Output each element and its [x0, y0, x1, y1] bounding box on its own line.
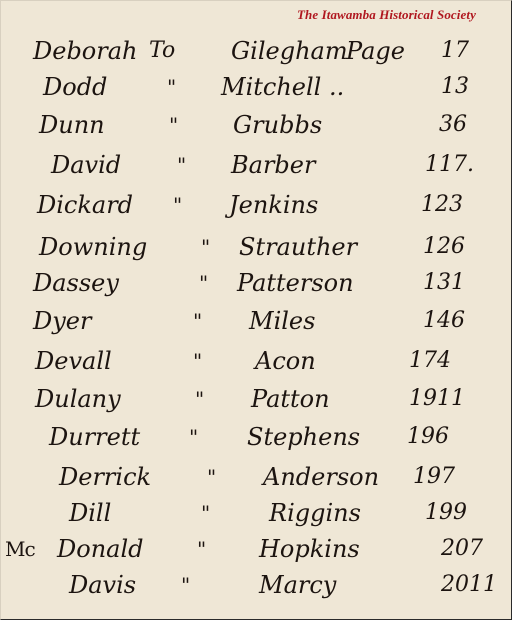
list-item: Dill " Riggins 199 — [1, 493, 511, 533]
page-number: 199 — [425, 493, 467, 533]
ditto-mark: " — [197, 529, 206, 569]
page-number: 126 — [423, 227, 465, 267]
surname: Acon — [255, 341, 316, 381]
surname: Grubbs — [233, 105, 322, 145]
given-name: Dyer — [33, 301, 91, 341]
given-name: Dassey — [33, 263, 119, 303]
given-name: David — [51, 145, 121, 185]
surname: Miles — [249, 301, 315, 341]
list-item: Davis " Marcy 2011 — [1, 565, 511, 605]
list-item: Downing " Strauther 126 — [1, 227, 511, 267]
ditto-mark: " — [167, 67, 176, 107]
surname: Patton — [251, 379, 330, 419]
given-name: Downing — [39, 227, 147, 267]
surname: Anderson — [263, 457, 379, 497]
list-item: Dulany " Patton 1911 — [1, 379, 511, 419]
surname-prefix: Mc — [5, 529, 35, 569]
surname: Jenkins — [229, 185, 318, 225]
surname: Riggins — [269, 493, 361, 533]
ditto-mark: " — [193, 341, 202, 381]
list-item: Devall " Acon 174 — [1, 341, 511, 381]
ditto-mark: " — [169, 105, 178, 145]
list-item: Dyer " Miles 146 — [1, 301, 511, 341]
list-item: Dodd " Mitchell .. 13 — [1, 67, 511, 107]
ditto-mark: " — [189, 417, 198, 457]
given-name: Dulany — [35, 379, 121, 419]
given-name: Donald — [57, 529, 144, 569]
given-name: Devall — [35, 341, 112, 381]
list-item: Durrett " Stephens 196 — [1, 417, 511, 457]
page-number: 36 — [439, 105, 467, 145]
given-name: Dill — [69, 493, 111, 533]
ditto-mark: " — [201, 493, 210, 533]
page-number: 123 — [421, 185, 463, 225]
given-name: Deborah — [33, 31, 138, 71]
list-item: David " Barber 117. — [1, 145, 511, 185]
surname: Stephens — [247, 417, 360, 457]
list-item: Dunn " Grubbs 36 — [1, 105, 511, 145]
page-number: 146 — [423, 301, 465, 341]
surname: Patterson — [237, 263, 354, 303]
surname: Mitchell .. — [221, 67, 344, 107]
list-item: Mc Donald " Hopkins 207 — [1, 529, 511, 569]
ditto-mark: " — [181, 565, 190, 605]
page-number: 196 — [407, 417, 449, 457]
given-name: Davis — [69, 565, 136, 605]
ditto-mark: To — [149, 31, 175, 71]
ditto-mark: " — [201, 227, 210, 267]
page-label: Page — [346, 31, 405, 71]
page-number: 2011 — [441, 565, 497, 605]
watermark: The Itawamba Historical Society — [297, 7, 476, 23]
surname: Hopkins — [259, 529, 360, 569]
list-item: Deborah To Gilegham Page 17 — [1, 31, 511, 71]
page-number: 13 — [441, 67, 469, 107]
page-number: 1911 — [409, 379, 465, 419]
page-number: 131 — [423, 263, 465, 303]
page-number: 117. — [425, 145, 474, 185]
list-item: Dassey " Patterson 131 — [1, 263, 511, 303]
surname: Gilegham — [231, 31, 348, 71]
given-name: Dodd — [43, 67, 107, 107]
page-number: 174 — [409, 341, 451, 381]
ditto-mark: " — [173, 185, 182, 225]
ditto-mark: " — [207, 457, 216, 497]
ditto-mark: " — [177, 145, 186, 185]
given-name: Dickard — [37, 185, 133, 225]
ditto-mark: " — [199, 263, 208, 303]
ditto-mark: " — [193, 301, 202, 341]
surname: Strauther — [239, 227, 357, 267]
page-number: 17 — [441, 31, 469, 71]
ditto-mark: " — [195, 379, 204, 419]
surname: Marcy — [259, 565, 336, 605]
list-item: Dickard " Jenkins 123 — [1, 185, 511, 225]
document-page: The Itawamba Historical Society Deborah … — [0, 0, 512, 620]
given-name: Durrett — [49, 417, 140, 457]
page-number: 197 — [413, 457, 455, 497]
given-name: Dunn — [39, 105, 105, 145]
surname: Barber — [231, 145, 315, 185]
page-number: 207 — [441, 529, 483, 569]
given-name: Derrick — [59, 457, 151, 497]
list-item: Derrick " Anderson 197 — [1, 457, 511, 497]
